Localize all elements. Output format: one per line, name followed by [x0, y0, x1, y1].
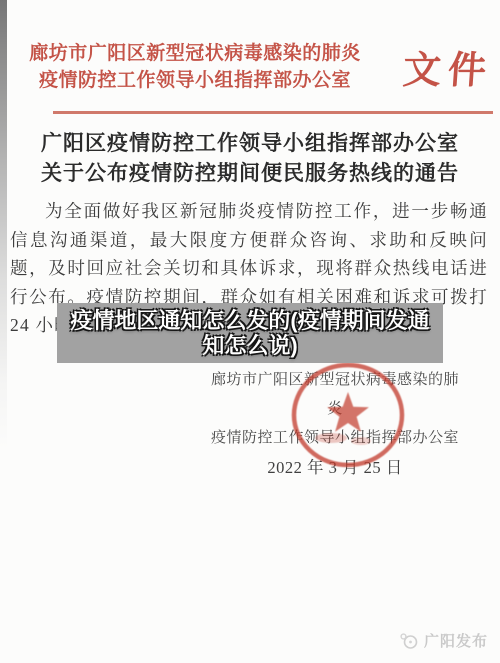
signature-org-line1: 廊坊市广阳区新型冠状病毒感染的肺炎	[205, 366, 465, 424]
signature-date: 2022 年 3 月 25 日	[205, 453, 465, 482]
document-page: 廊坊市广阳区新型冠状病毒感染的肺炎 疫情防控工作领导小组指挥部办公室 文件 广阳…	[0, 0, 500, 663]
document-header: 廊坊市广阳区新型冠状病毒感染的肺炎 疫情防控工作领导小组指挥部办公室	[22, 40, 368, 94]
scan-edge-shadow	[0, 0, 7, 450]
doc-type-label: 文件	[401, 48, 494, 94]
header-divider-line	[53, 111, 493, 114]
header-org-line1: 廊坊市广阳区新型冠状病毒感染的肺炎	[22, 40, 368, 67]
publisher-watermark: 广阳发布	[399, 630, 488, 651]
caption-line1: 疫情地区通知怎么发的(疫情期间发通	[70, 308, 429, 333]
caption-line2: 知怎么说)	[202, 333, 297, 358]
signature-block: 廊坊市广阳区新型冠状病毒感染的肺炎 疫情防控工作领导小组指挥部办公室 2022 …	[205, 366, 465, 482]
document-title: 广阳区疫情防控工作领导小组指挥部办公室 关于公布疫情防控期间便民服务热线的通告	[20, 128, 480, 188]
publisher-logo-icon	[399, 632, 419, 650]
header-org-line2: 疫情防控工作领导小组指挥部办公室	[22, 67, 368, 94]
watermark-label: 广阳发布	[424, 630, 488, 651]
caption-overlay-banner: 疫情地区通知怎么发的(疫情期间发通 知怎么说)	[57, 303, 443, 363]
title-line1: 广阳区疫情防控工作领导小组指挥部办公室	[20, 128, 480, 158]
title-line2: 关于公布疫情防控期间便民服务热线的通告	[20, 158, 480, 188]
signature-org-line2: 疫情防控工作领导小组指挥部办公室	[205, 424, 465, 453]
